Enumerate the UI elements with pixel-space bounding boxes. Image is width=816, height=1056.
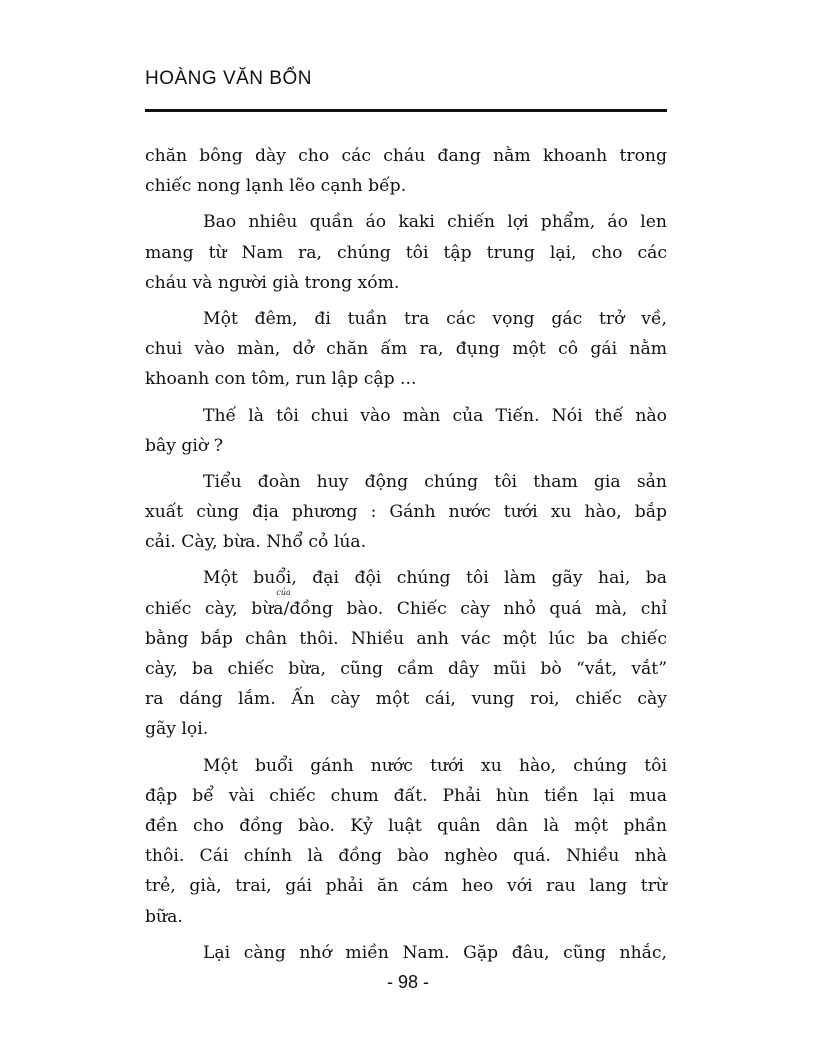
handwritten-insert-text: của (276, 589, 290, 597)
text-line: Bao nhiêu quần áo kaki chiến lợi phẩm, á… (145, 207, 667, 237)
text-fragment: chiếc cày, bừa (145, 599, 284, 619)
text-line: thôi. Cái chính là đồng bào nghèo quá. N… (145, 841, 667, 871)
paragraph: Một buổi gánh nước tưới xu hào, chúng tô… (145, 751, 667, 932)
text-line: trẻ, già, trai, gái phải ăn cám heo với … (145, 871, 667, 901)
text-line: bữa. (145, 902, 667, 932)
text-line: Một buổi gánh nước tưới xu hào, chúng tô… (145, 751, 667, 781)
text-line: cháu và người già trong xóm. (145, 268, 667, 298)
text-line: chiếc nong lạnh lẽo cạnh bếp. (145, 171, 667, 201)
paragraph: Một buổi, đại đội chúng tôi làm gãy hai,… (145, 563, 667, 744)
text-line-annotated: chiếc cày, bừacủa/đồng bào. Chiếc cày nh… (145, 594, 667, 624)
text-fragment: /đồng bào. Chiếc cày nhỏ quá mà, chỉ (284, 599, 667, 619)
paragraph: Bao nhiêu quần áo kaki chiến lợi phẩm, á… (145, 207, 667, 298)
paragraph: chăn bông dày cho các cháu đang nằm khoa… (145, 141, 667, 201)
text-line: Thế là tôi chui vào màn của Tiến. Nói th… (145, 401, 667, 431)
paragraph: Lại càng nhớ miền Nam. Gặp đâu, cũng nhắ… (145, 938, 667, 968)
running-head-author: HOÀNG VĂN BỔN (145, 68, 312, 90)
text-line: ra dáng lắm. Ấn cày một cái, vung roi, c… (145, 684, 667, 714)
text-line: Một buổi, đại đội chúng tôi làm gãy hai,… (145, 563, 667, 593)
text-line: gãy lọi. (145, 714, 667, 744)
book-page: HOÀNG VĂN BỔN chăn bông dày cho các cháu… (0, 0, 816, 1056)
text-line: Lại càng nhớ miền Nam. Gặp đâu, cũng nhắ… (145, 938, 667, 968)
paragraph: Thế là tôi chui vào màn của Tiến. Nói th… (145, 401, 667, 461)
text-line: khoanh con tôm, run lập cập ... (145, 364, 667, 394)
text-line: chăn bông dày cho các cháu đang nằm khoa… (145, 141, 667, 171)
text-line: chui vào màn, dở chăn ấm ra, đụng một cô… (145, 334, 667, 364)
text-line: bây giờ ? (145, 431, 667, 461)
text-line: cày, ba chiếc bừa, cũng cầm dây mũi bò “… (145, 654, 667, 684)
text-line: Tiểu đoàn huy động chúng tôi tham gia sả… (145, 467, 667, 497)
body-text: chăn bông dày cho các cháu đang nằm khoa… (145, 141, 667, 968)
paragraph: Tiểu đoàn huy động chúng tôi tham gia sả… (145, 467, 667, 558)
text-line: đập bể vài chiếc chum đất. Phải hùn tiền… (145, 781, 667, 811)
text-line: mang từ Nam ra, chúng tôi tập trung lại,… (145, 238, 667, 268)
text-line: Một đêm, đi tuần tra các vọng gác trở về… (145, 304, 667, 334)
page-number: - 98 - (0, 972, 816, 993)
header-rule (145, 109, 667, 112)
paragraph: Một đêm, đi tuần tra các vọng gác trở về… (145, 304, 667, 395)
text-line: bằng bắp chân thôi. Nhiều anh vác một lú… (145, 624, 667, 654)
text-line: đền cho đồng bào. Kỷ luật quân dân là mộ… (145, 811, 667, 841)
text-line: cải. Cày, bừa. Nhổ cỏ lúa. (145, 527, 667, 557)
text-line: xuất cùng địa phương : Gánh nước tưới xu… (145, 497, 667, 527)
